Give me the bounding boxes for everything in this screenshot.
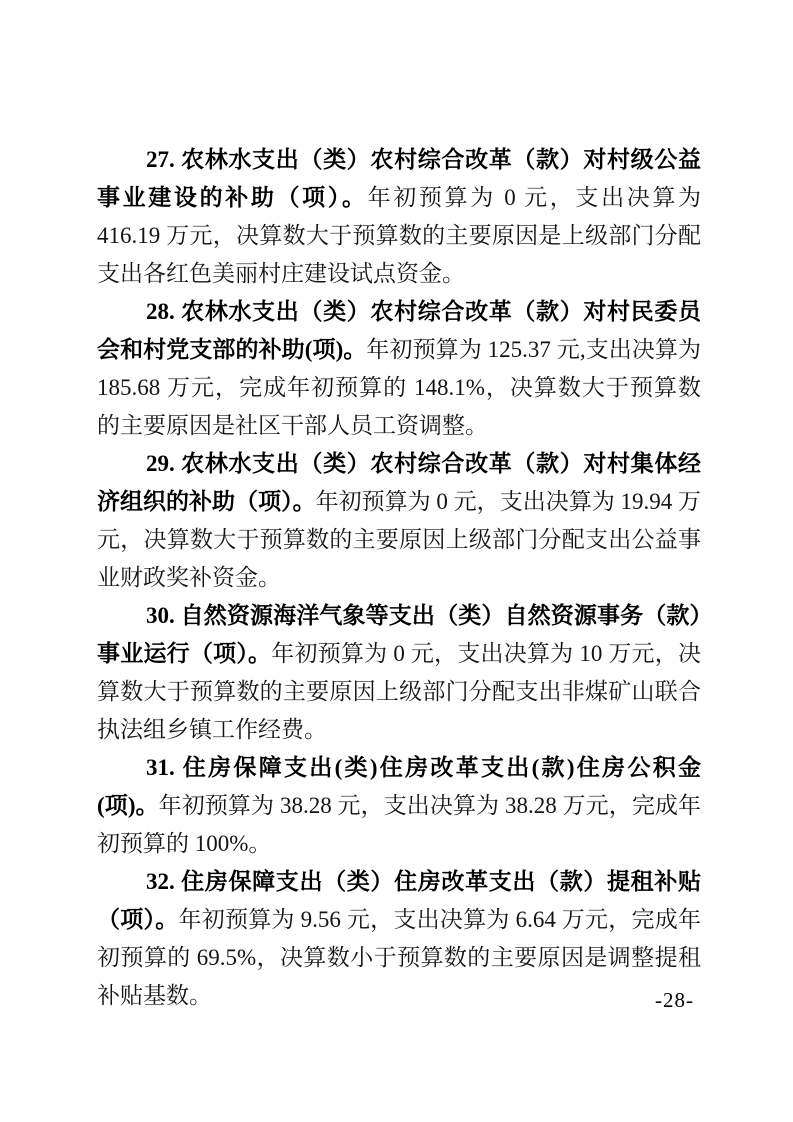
document-body: 27. 农林水支出（类）农村综合改革（款）对村级公益事业建设的补助（项）。年初预… xyxy=(97,141,701,1015)
paragraph-32-body: 年初预算为 9.56 元，支出决算为 6.64 万元，完成年初预算的 69.5%… xyxy=(97,907,701,1008)
paragraph-30: 30. 自然资源海洋气象等支出（类）自然资源事务（款）事业运行（项）。年初预算为… xyxy=(97,597,701,749)
page-number: -28- xyxy=(655,987,694,1013)
paragraph-28: 28. 农林水支出（类）农村综合改革（款）对村民委员会和村党支部的补助(项)。年… xyxy=(97,293,701,445)
paragraph-32: 32. 住房保障支出（类）住房改革支出（款）提租补贴（项）。年初预算为 9.56… xyxy=(97,863,701,1015)
paragraph-31: 31. 住房保障支出(类)住房改革支出(款)住房公积金(项)。年初预算为 38.… xyxy=(97,749,701,863)
paragraph-31-body: 年初预算为 38.28 元，支出决算为 38.28 万元，完成年初预算的 100… xyxy=(97,793,701,856)
paragraph-29: 29. 农林水支出（类）农村综合改革（款）对村集体经济组织的补助（项）。年初预算… xyxy=(97,445,701,597)
document-page: 27. 农林水支出（类）农村综合改革（款）对村级公益事业建设的补助（项）。年初预… xyxy=(0,0,793,1122)
paragraph-27: 27. 农林水支出（类）农村综合改革（款）对村级公益事业建设的补助（项）。年初预… xyxy=(97,141,701,293)
